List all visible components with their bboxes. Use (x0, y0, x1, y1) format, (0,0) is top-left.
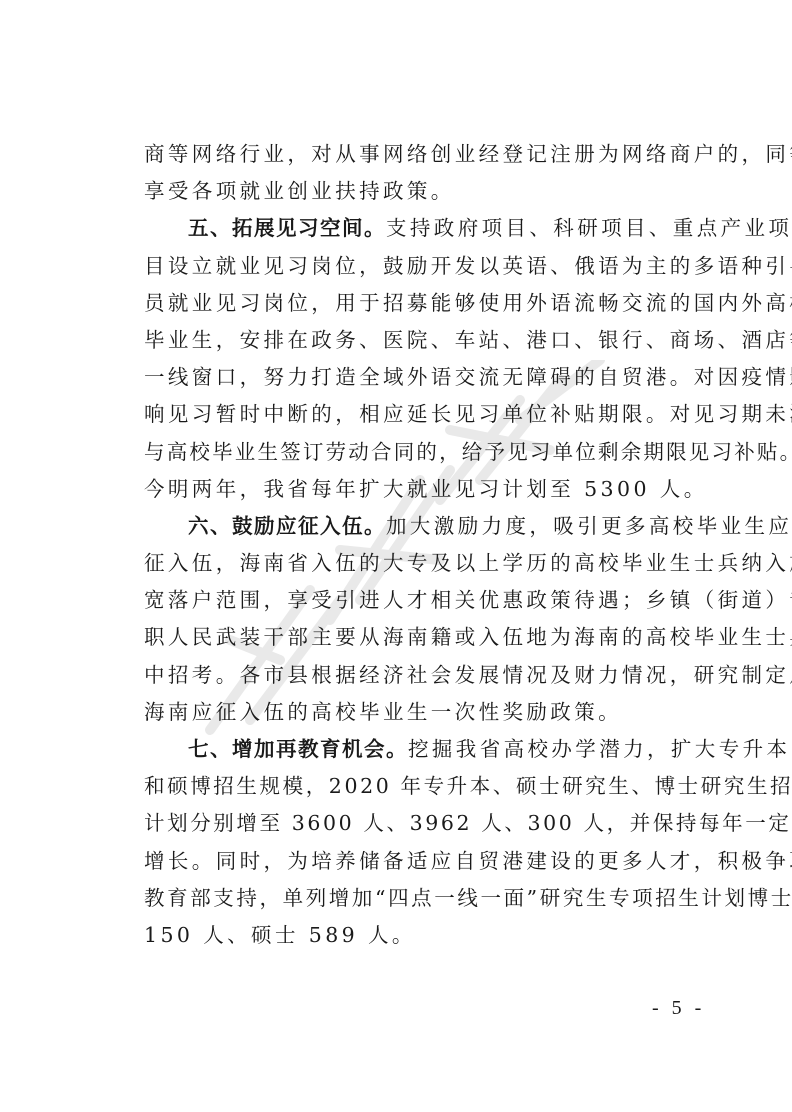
paragraph-line: 征入伍，海南省入伍的大专及以上学历的高校毕业生士兵纳入放 (144, 545, 724, 582)
paragraph-line: 员就业见习岗位，用于招募能够使用外语流畅交流的国内外高校 (144, 285, 724, 322)
paragraph-line: 中招考。各市县根据经济社会发展情况及财力情况，研究制定从 (144, 657, 724, 694)
paragraph-line: 增长。同时，为培养储备适应自贸港建设的更多人才，积极争取 (144, 843, 724, 880)
document-page: 商等网络行业，对从事网络创业经登记注册为网络商户的，同等 享受各项就业创业扶持政… (0, 0, 792, 1112)
paragraph-line: 目设立就业见习岗位，鼓励开发以英语、俄语为主的多语种引导 (144, 248, 724, 285)
paragraph-line: 商等网络行业，对从事网络创业经登记注册为网络商户的，同等 (144, 136, 724, 173)
section-six-first-line: 六、鼓励应征入伍。加大激励力度，吸引更多高校毕业生应 (144, 508, 724, 545)
paragraph-line: 计划分别增至 3600 人、3962 人、300 人，并保持每年一定比例 (144, 805, 724, 842)
section-heading-seven: 七、增加再教育机会。 (188, 737, 408, 761)
paragraph-line: 与高校毕业生签订劳动合同的，给予见习单位剩余期限见习补贴。 (144, 434, 724, 471)
paragraph-line: 教育部支持，单列增加“四点一线一面”研究生专项招生计划博士 (144, 880, 724, 917)
paragraph-text: 挖掘我省高校办学潜力，扩大专升本 (408, 737, 790, 761)
section-seven-first-line: 七、增加再教育机会。挖掘我省高校办学潜力，扩大专升本 (144, 731, 724, 768)
paragraph-line: 和硕博招生规模，2020 年专升本、硕士研究生、博士研究生招生 (144, 768, 724, 805)
paragraph-line: 响见习暂时中断的，相应延长见习单位补贴期限。对见习期未满 (144, 396, 724, 433)
paragraph-line: 150 人、硕士 589 人。 (144, 917, 724, 954)
paragraph-line: 今明两年，我省每年扩大就业见习计划至 5300 人。 (144, 471, 724, 508)
paragraph-text: 加大激励力度，吸引更多高校毕业生应 (386, 514, 792, 538)
paragraph-line: 宽落户范围，享受引进人才相关优惠政策待遇；乡镇（街道）专 (144, 582, 724, 619)
page-number: - 5 - (652, 997, 705, 1020)
section-heading-six: 六、鼓励应征入伍。 (188, 514, 386, 538)
paragraph-line: 一线窗口，努力打造全域外语交流无障碍的自贸港。对因疫情影 (144, 359, 724, 396)
body-text: 商等网络行业，对从事网络创业经登记注册为网络商户的，同等 享受各项就业创业扶持政… (144, 136, 724, 954)
paragraph-text: 支持政府项目、科研项目、重点产业项 (386, 216, 792, 240)
section-five-first-line: 五、拓展见习空间。支持政府项目、科研项目、重点产业项 (144, 210, 724, 247)
paragraph-line: 享受各项就业创业扶持政策。 (144, 173, 724, 210)
paragraph-line: 海南应征入伍的高校毕业生一次性奖励政策。 (144, 694, 724, 731)
section-heading-five: 五、拓展见习空间。 (188, 216, 386, 240)
paragraph-line: 毕业生，安排在政务、医院、车站、港口、银行、商场、酒店等 (144, 322, 724, 359)
paragraph-line: 职人民武装干部主要从海南籍或入伍地为海南的高校毕业生士兵 (144, 619, 724, 656)
